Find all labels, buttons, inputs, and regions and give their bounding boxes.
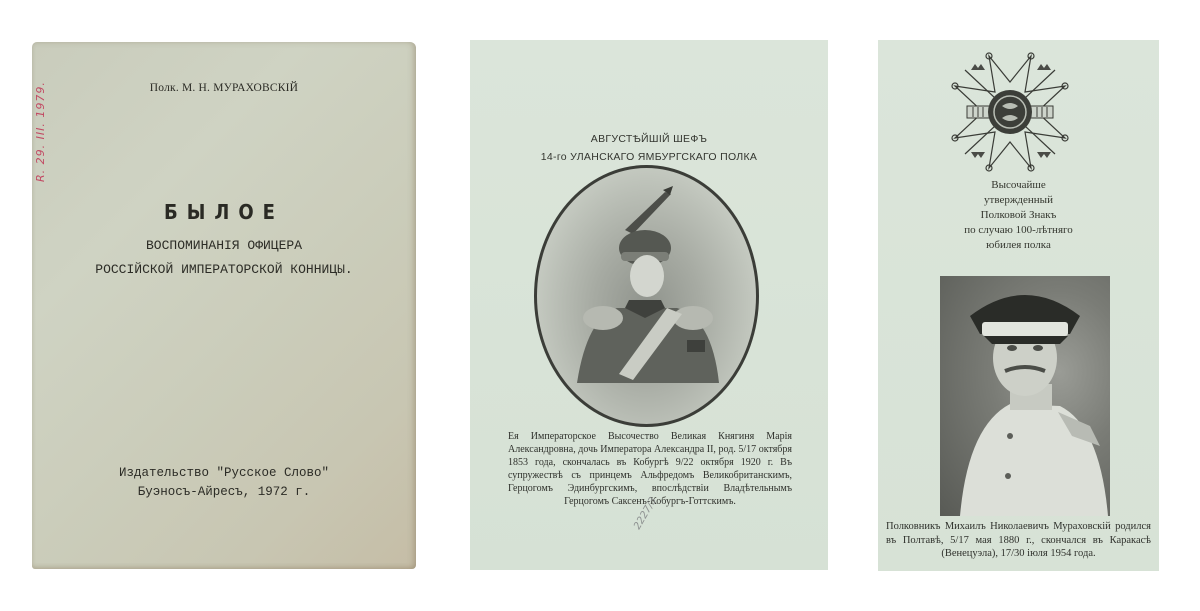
cover-publisher: Издательство "Русское Слово" Буэносъ-Айр… xyxy=(32,464,416,502)
heading-line: АВГУСТѢЙШIЙ ШЕФЪ xyxy=(470,130,828,148)
colonel-photo xyxy=(940,276,1110,516)
oval-portrait-image xyxy=(534,165,759,427)
portrait-figure-icon xyxy=(537,168,756,424)
colonel-caption: Полковникъ Михаилъ Николаевичъ Мураховск… xyxy=(886,520,1151,561)
handwritten-margin-note: R. 29. III. 1979. xyxy=(34,81,47,182)
badge-caption: Высочайше утвержденный Полковой Знакъ по… xyxy=(878,178,1159,253)
portrait-page-chief: АВГУСТѢЙШIЙ ШЕФЪ 14-го УЛАНСКАГО ЯМБУРГС… xyxy=(470,40,828,570)
page-heading: АВГУСТѢЙШIЙ ШЕФЪ 14-го УЛАНСКАГО ЯМБУРГС… xyxy=(470,130,828,166)
cover-subtitle: ВОСПОМИНАНIЯ ОФИЦЕРА РОССIЙСКОЙ ИМПЕРАТО… xyxy=(32,234,416,282)
badge-caption-line: Высочайше xyxy=(878,178,1159,193)
heading-line: 14-го УЛАНСКАГО ЯМБУРГСКАГО ПОЛКА xyxy=(470,148,828,166)
book-cover: R. 29. III. 1979. Полк. М. Н. МУРАХОВСКI… xyxy=(32,42,416,569)
cover-title: БЫЛОЕ xyxy=(32,200,416,224)
badge-and-author-page: Высочайше утвержденный Полковой Знакъ по… xyxy=(878,40,1159,571)
cover-subtitle-line: РОССIЙСКОЙ ИМПЕРАТОРСКОЙ КОННИЦЫ. xyxy=(32,258,416,282)
badge-caption-line: юбилея полка xyxy=(878,238,1159,253)
cover-author: Полк. М. Н. МУРАХОВСКIЙ xyxy=(32,82,416,94)
badge-caption-line: по случаю 100-лѣтняго xyxy=(878,223,1159,238)
officer-portrait-icon xyxy=(940,276,1110,516)
publisher-line: Буэносъ-Айресъ, 1972 г. xyxy=(32,483,416,502)
badge-caption-line: утвержденный xyxy=(878,193,1159,208)
publisher-line: Издательство "Русское Слово" xyxy=(32,464,416,483)
cover-subtitle-line: ВОСПОМИНАНIЯ ОФИЦЕРА xyxy=(32,234,416,258)
badge-caption-line: Полковой Знакъ xyxy=(878,208,1159,223)
regimental-badge-cross-icon xyxy=(945,52,1075,172)
